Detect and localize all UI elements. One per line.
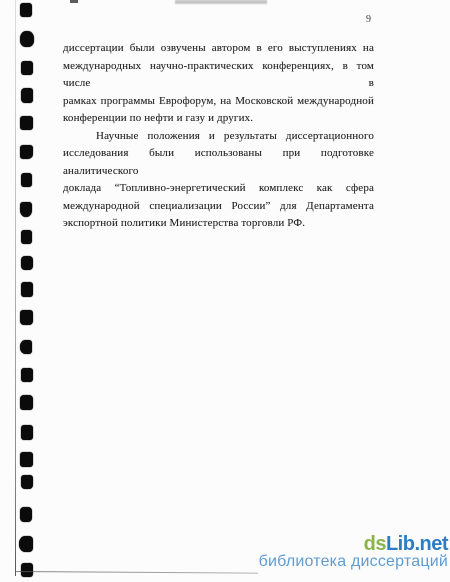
- text-line: диссертации были озвучены автором в его …: [63, 40, 374, 58]
- text-line: рамках программы Еврофорум, на Московско…: [63, 93, 374, 111]
- binding-mark: [21, 475, 33, 489]
- logo-libnet: Lib.net: [386, 533, 448, 555]
- page-number: 9: [366, 14, 371, 25]
- logo-ds: ds: [364, 533, 386, 555]
- text-line: международной специализации России” для …: [63, 198, 374, 216]
- binding-mark: [21, 368, 33, 382]
- binding-mark: [20, 395, 33, 410]
- binding-mark: [20, 3, 32, 17]
- scanned-document-page: 9 диссертации были озвучены автором в ег…: [0, 0, 450, 582]
- dslib-logo[interactable]: dsLib.net: [259, 535, 448, 554]
- binding-mark: [20, 31, 34, 47]
- binding-mark: [21, 88, 33, 103]
- scan-artifact-smudge: [175, 0, 267, 4]
- text-line: Научные положения и результаты диссертац…: [63, 128, 374, 146]
- binding-mark: [20, 202, 32, 217]
- binding-mark: [21, 563, 33, 577]
- binding-mark: [21, 425, 33, 440]
- binding-mark: [20, 340, 32, 354]
- text-line: доклада “Топливно-энергетический комплек…: [63, 180, 374, 198]
- page-edge-line: [15, 0, 16, 576]
- binding-mark: [21, 61, 33, 75]
- dslib-watermark[interactable]: dsLib.net библиотека диссертаций: [259, 535, 448, 570]
- binding-mark: [21, 173, 32, 187]
- dslib-subtitle: библиотека диссертаций: [259, 554, 448, 570]
- binding-mark: [21, 256, 33, 270]
- binding-mark: [20, 507, 32, 522]
- binding-mark: [19, 536, 33, 552]
- binding-mark: [21, 230, 32, 244]
- text-block: диссертации были озвучены автором в его …: [63, 40, 374, 233]
- binding-mark: [20, 116, 33, 130]
- scan-artifact-speck: [70, 0, 78, 3]
- binding-mark: [20, 310, 33, 325]
- binding-mark: [21, 282, 33, 297]
- text-line: исследования были использованы при подго…: [63, 145, 374, 180]
- text-line: международных научно-практических конфер…: [63, 58, 374, 93]
- text-line: экспортной политики Министерства торговл…: [63, 215, 374, 233]
- page-bottom-edge-line: [15, 571, 258, 574]
- binding-mark: [20, 145, 33, 159]
- binding-mark: [20, 452, 33, 467]
- text-line: конференции по нефти и газу и других.: [63, 110, 374, 128]
